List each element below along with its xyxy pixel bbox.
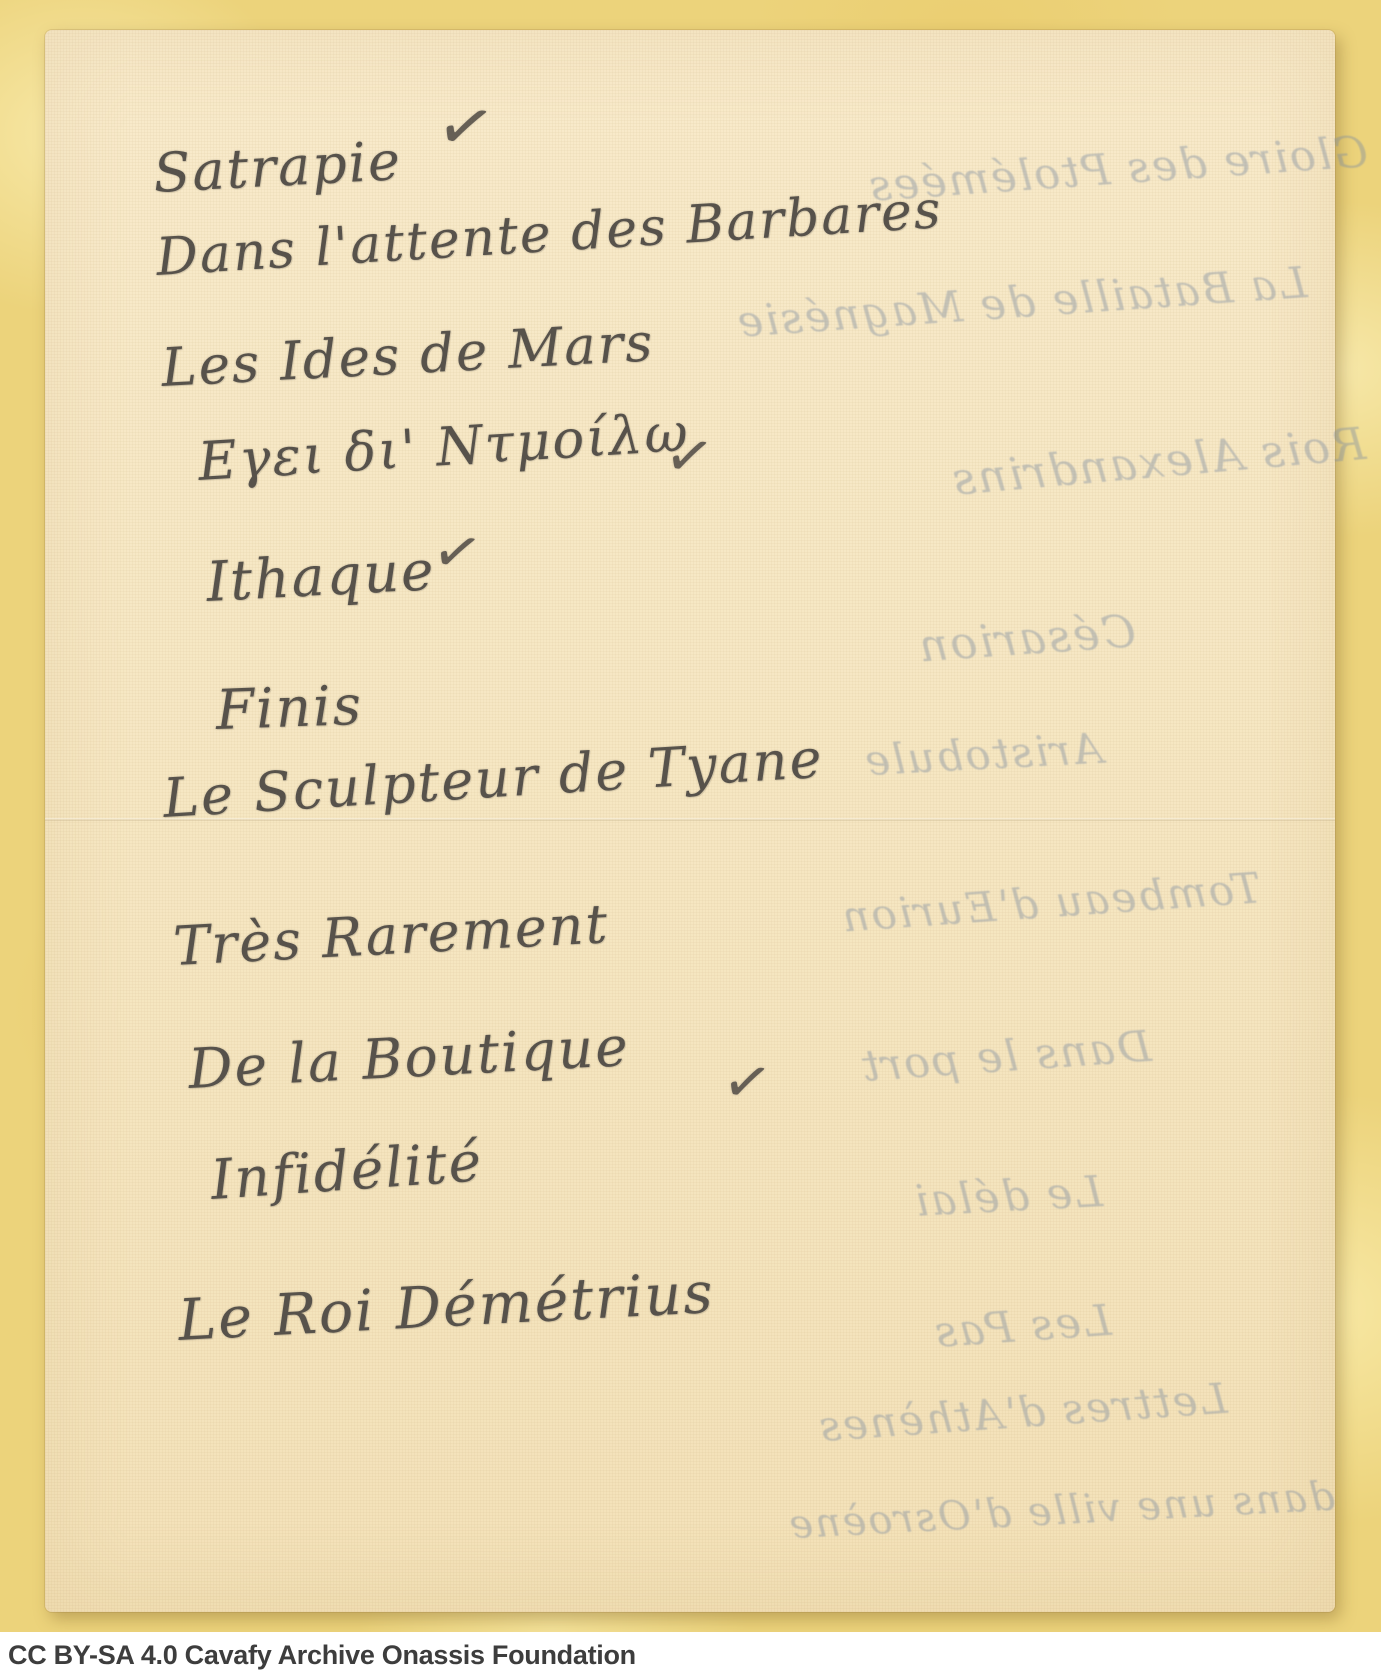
verso-bleedthrough-line: Lettres d'Athènes [816, 1374, 1229, 1452]
checkmark: ✓ [659, 418, 719, 493]
poem-title-line: Satrapie [152, 129, 404, 205]
poem-title-line: Finis [215, 673, 364, 742]
poem-title-line: Très Rarement [172, 892, 611, 978]
poem-title-line: De la Boutique [187, 1014, 632, 1101]
verso-bleedthrough-line: Dans le port [859, 1022, 1153, 1092]
poem-title-line: Εγει δι' Ντμοίλω [196, 402, 691, 493]
verso-bleedthrough-line: Aristobule [862, 724, 1104, 785]
poem-title-line: Le Roi Démétrius [177, 1260, 717, 1354]
verso-bleedthrough-line: Tombeau d'Eurion [839, 863, 1262, 941]
verso-bleedthrough-line: Césarion [915, 604, 1137, 672]
poem-title-line: Le Sculpteur de Tyane [161, 727, 825, 830]
poem-title-line: Les Ides de Mars [160, 312, 656, 399]
license-caption-bar: CC BY-SA 4.0 Cavafy Archive Onassis Foun… [0, 1632, 1381, 1678]
verso-bleedthrough-line: La Gloire des Ptolémées [866, 122, 1381, 212]
checkmark: ✓ [717, 1044, 777, 1119]
poem-title-line: Ithaque [205, 538, 437, 614]
checkmark: ✓ [426, 514, 488, 591]
license-caption-text: CC BY-SA 4.0 Cavafy Archive Onassis Foun… [8, 1640, 636, 1671]
checkmark: ✓ [429, 83, 501, 172]
scanned-document-scene: La Gloire des Ptolémées La Bataille de M… [0, 0, 1381, 1678]
poem-title-line: Infidélité [209, 1129, 485, 1212]
verso-bleedthrough-line: Les Pas [931, 1296, 1113, 1358]
verso-bleedthrough-line: dans une ville d'Osroène [786, 1474, 1336, 1549]
manuscript-page: La Gloire des Ptolémées La Bataille de M… [45, 30, 1335, 1612]
verso-bleedthrough-line: Le délai [912, 1167, 1104, 1227]
verso-bleedthrough-line: La Bataille de Magnésie [734, 258, 1309, 348]
verso-bleedthrough-line: Rois Alexandrins [948, 417, 1367, 506]
